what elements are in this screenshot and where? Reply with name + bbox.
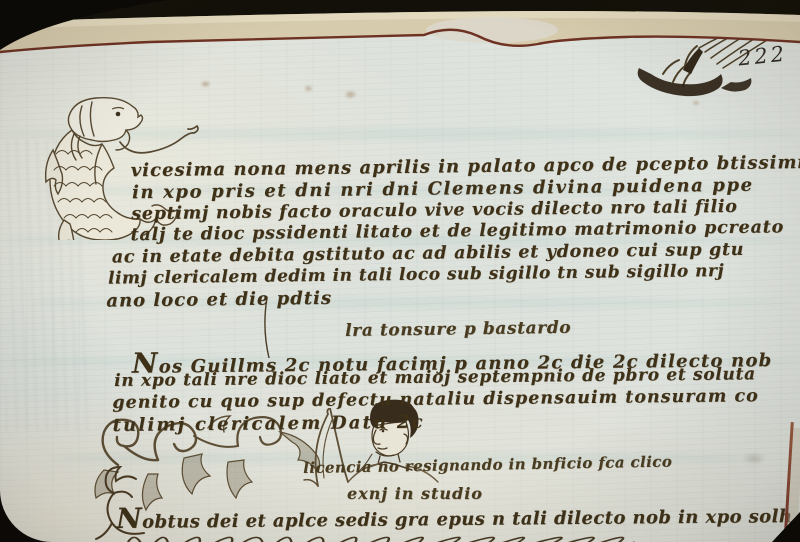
text-line: tulimj clericalem Datu 2c: [112, 412, 424, 436]
folio-number: 222: [737, 41, 788, 70]
page-top-edge: [0, 0, 800, 66]
text-line: genito cu quo sup defectu nataliu dispen…: [112, 386, 759, 413]
manuscript-photo: vicesima nona mens aprilis in palato apc…: [0, 0, 800, 542]
entry-3-line: Nobtus dei et aplce sedis gra epus n tal…: [116, 496, 792, 535]
